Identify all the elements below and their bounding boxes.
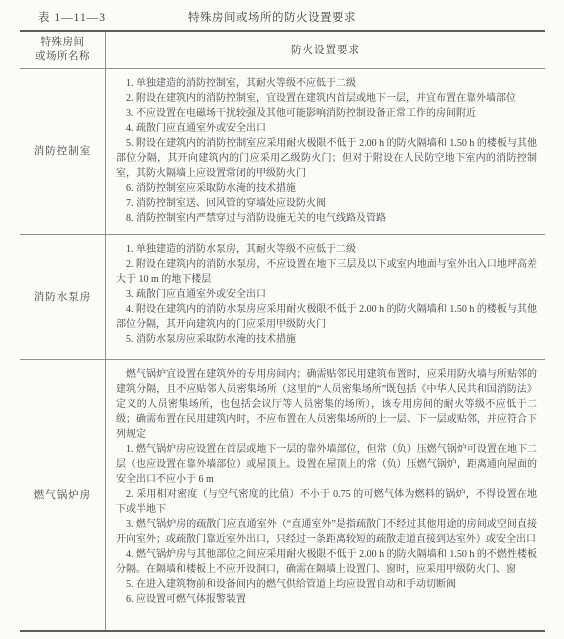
requirements-cell: 1. 单独建造的消防控制室，其耐火等级不应低于二级 2. 附设在建筑内的消防控制… [106,69,545,234]
requirement-item: 1. 单独建造的消防水泵房，其耐火等级不应低于二级 [116,242,537,257]
table-number: 表 1—11—3 [38,9,106,25]
room-name-cell: 消防控制室 [20,69,106,234]
room-name-header-line1: 特殊房间 [41,36,85,50]
requirement-item: 3. 燃气锅炉房的疏散门应直通室外（“直通室外”是指疏散门不经过其他用途的房间或… [116,517,537,547]
requirement-item: 5. 消防水泵房应采取防水淹的技术措施 [116,332,537,347]
room-name-label: 消防水泵房 [34,290,92,305]
requirement-item: 1. 单独建造的消防控制室，其耐火等级不应低于二级 [116,76,537,91]
requirement-item: 6. 应设置可燃气体报警装置 [116,592,537,607]
table-header-row: 特殊房间 或场所名称 防火设置要求 [20,32,545,68]
requirements-column-header: 防火设置要求 [106,32,545,68]
room-name-label: 燃气锅炉房 [34,488,92,503]
table-title: 特殊房间或场所的防火设置要求 [188,9,356,25]
requirement-item: 7. 消防控制室送、回风管的穿墙处应设防火阀 [116,196,537,211]
room-name-cell: 消防水泵房 [20,235,106,359]
room-name-cell: 燃气锅炉房 [20,360,106,630]
requirement-intro: 燃气锅炉宜设置在建筑外的专用房间内；确需贴邻民用建筑布置时，应采用防火墙与所贴邻… [116,367,537,442]
table-row-fire-control-room: 消防控制室 1. 单独建造的消防控制室，其耐火等级不应低于二级 2. 附设在建筑… [20,68,545,234]
room-name-header-line2: 或场所名称 [35,50,90,64]
requirement-item: 3. 不应设置在电磁场干扰较强及其他可能影响消防控制设备正常工作的房间附近 [116,106,537,121]
table-row-fire-pump-room: 消防水泵房 1. 单独建造的消防水泵房，其耐火等级不应低于二级 2. 附设在建筑… [20,234,545,359]
requirements-header-label: 防火设置要求 [291,43,360,58]
requirement-item: 8. 消防控制室内严禁穿过与消防设施无关的电气线路及管路 [116,211,537,226]
document-page: 表 1—11—3 特殊房间或场所的防火设置要求 特殊房间 或场所名称 防火设置要… [0,0,564,639]
room-name-label: 消防控制室 [34,144,92,159]
requirement-item: 3. 疏散门应直通室外或安全出口 [116,287,537,302]
requirements-cell: 燃气锅炉宜设置在建筑外的专用房间内；确需贴邻民用建筑布置时，应采用防火墙与所贴邻… [106,360,545,630]
requirement-item: 6. 消防控制室应采取防水淹的技术措施 [116,181,537,196]
requirement-item: 2. 附设在建筑内的消防水泵房，不应设置在地下三层及以下或室内地面与室外出入口地… [116,257,537,287]
room-name-column-header: 特殊房间 或场所名称 [20,32,106,68]
requirement-item: 1. 燃气锅炉房应设置在首层或地下一层的靠外墙部位，但常（负）压燃气锅炉可设置在… [116,442,537,487]
requirements-table: 特殊房间 或场所名称 防火设置要求 消防控制室 1. 单独建造的消防控制室，其耐… [20,30,545,632]
requirement-item: 2. 采用相对密度（与空气密度的比值）不小于 0.75 的可燃气体为燃料的锅炉，… [116,487,537,517]
requirement-item: 5. 在进入建筑物前和设备间内的燃气供给管道上均应设置自动和手动切断阀 [116,577,537,592]
requirements-cell: 1. 单独建造的消防水泵房，其耐火等级不应低于二级 2. 附设在建筑内的消防水泵… [106,235,545,359]
table-caption: 表 1—11—3 特殊房间或场所的防火设置要求 [20,6,545,28]
table-row-gas-boiler-room: 燃气锅炉房 燃气锅炉宜设置在建筑外的专用房间内；确需贴邻民用建筑布置时，应采用防… [20,359,545,630]
requirement-item: 2. 附设在建筑内的消防控制室，宜设置在建筑内首层或地下一层，并宜布置在靠外墙部… [116,91,537,106]
requirement-item: 4. 燃气锅炉房与其他部位之间应采用耐火极限不低于 2.00 h 的防火隔墙和 … [116,547,537,577]
requirement-item: 4. 疏散门应直通室外或安全出口 [116,121,537,136]
requirement-item: 5. 附设在建筑内的消防控制室应采用耐火极限不低于 2.00 h 的防火隔墙和 … [116,136,537,181]
requirement-item: 4. 附设在建筑内的消防水泵房应采用耐火极限不低于 2.00 h 的防火隔墙和 … [116,302,537,332]
